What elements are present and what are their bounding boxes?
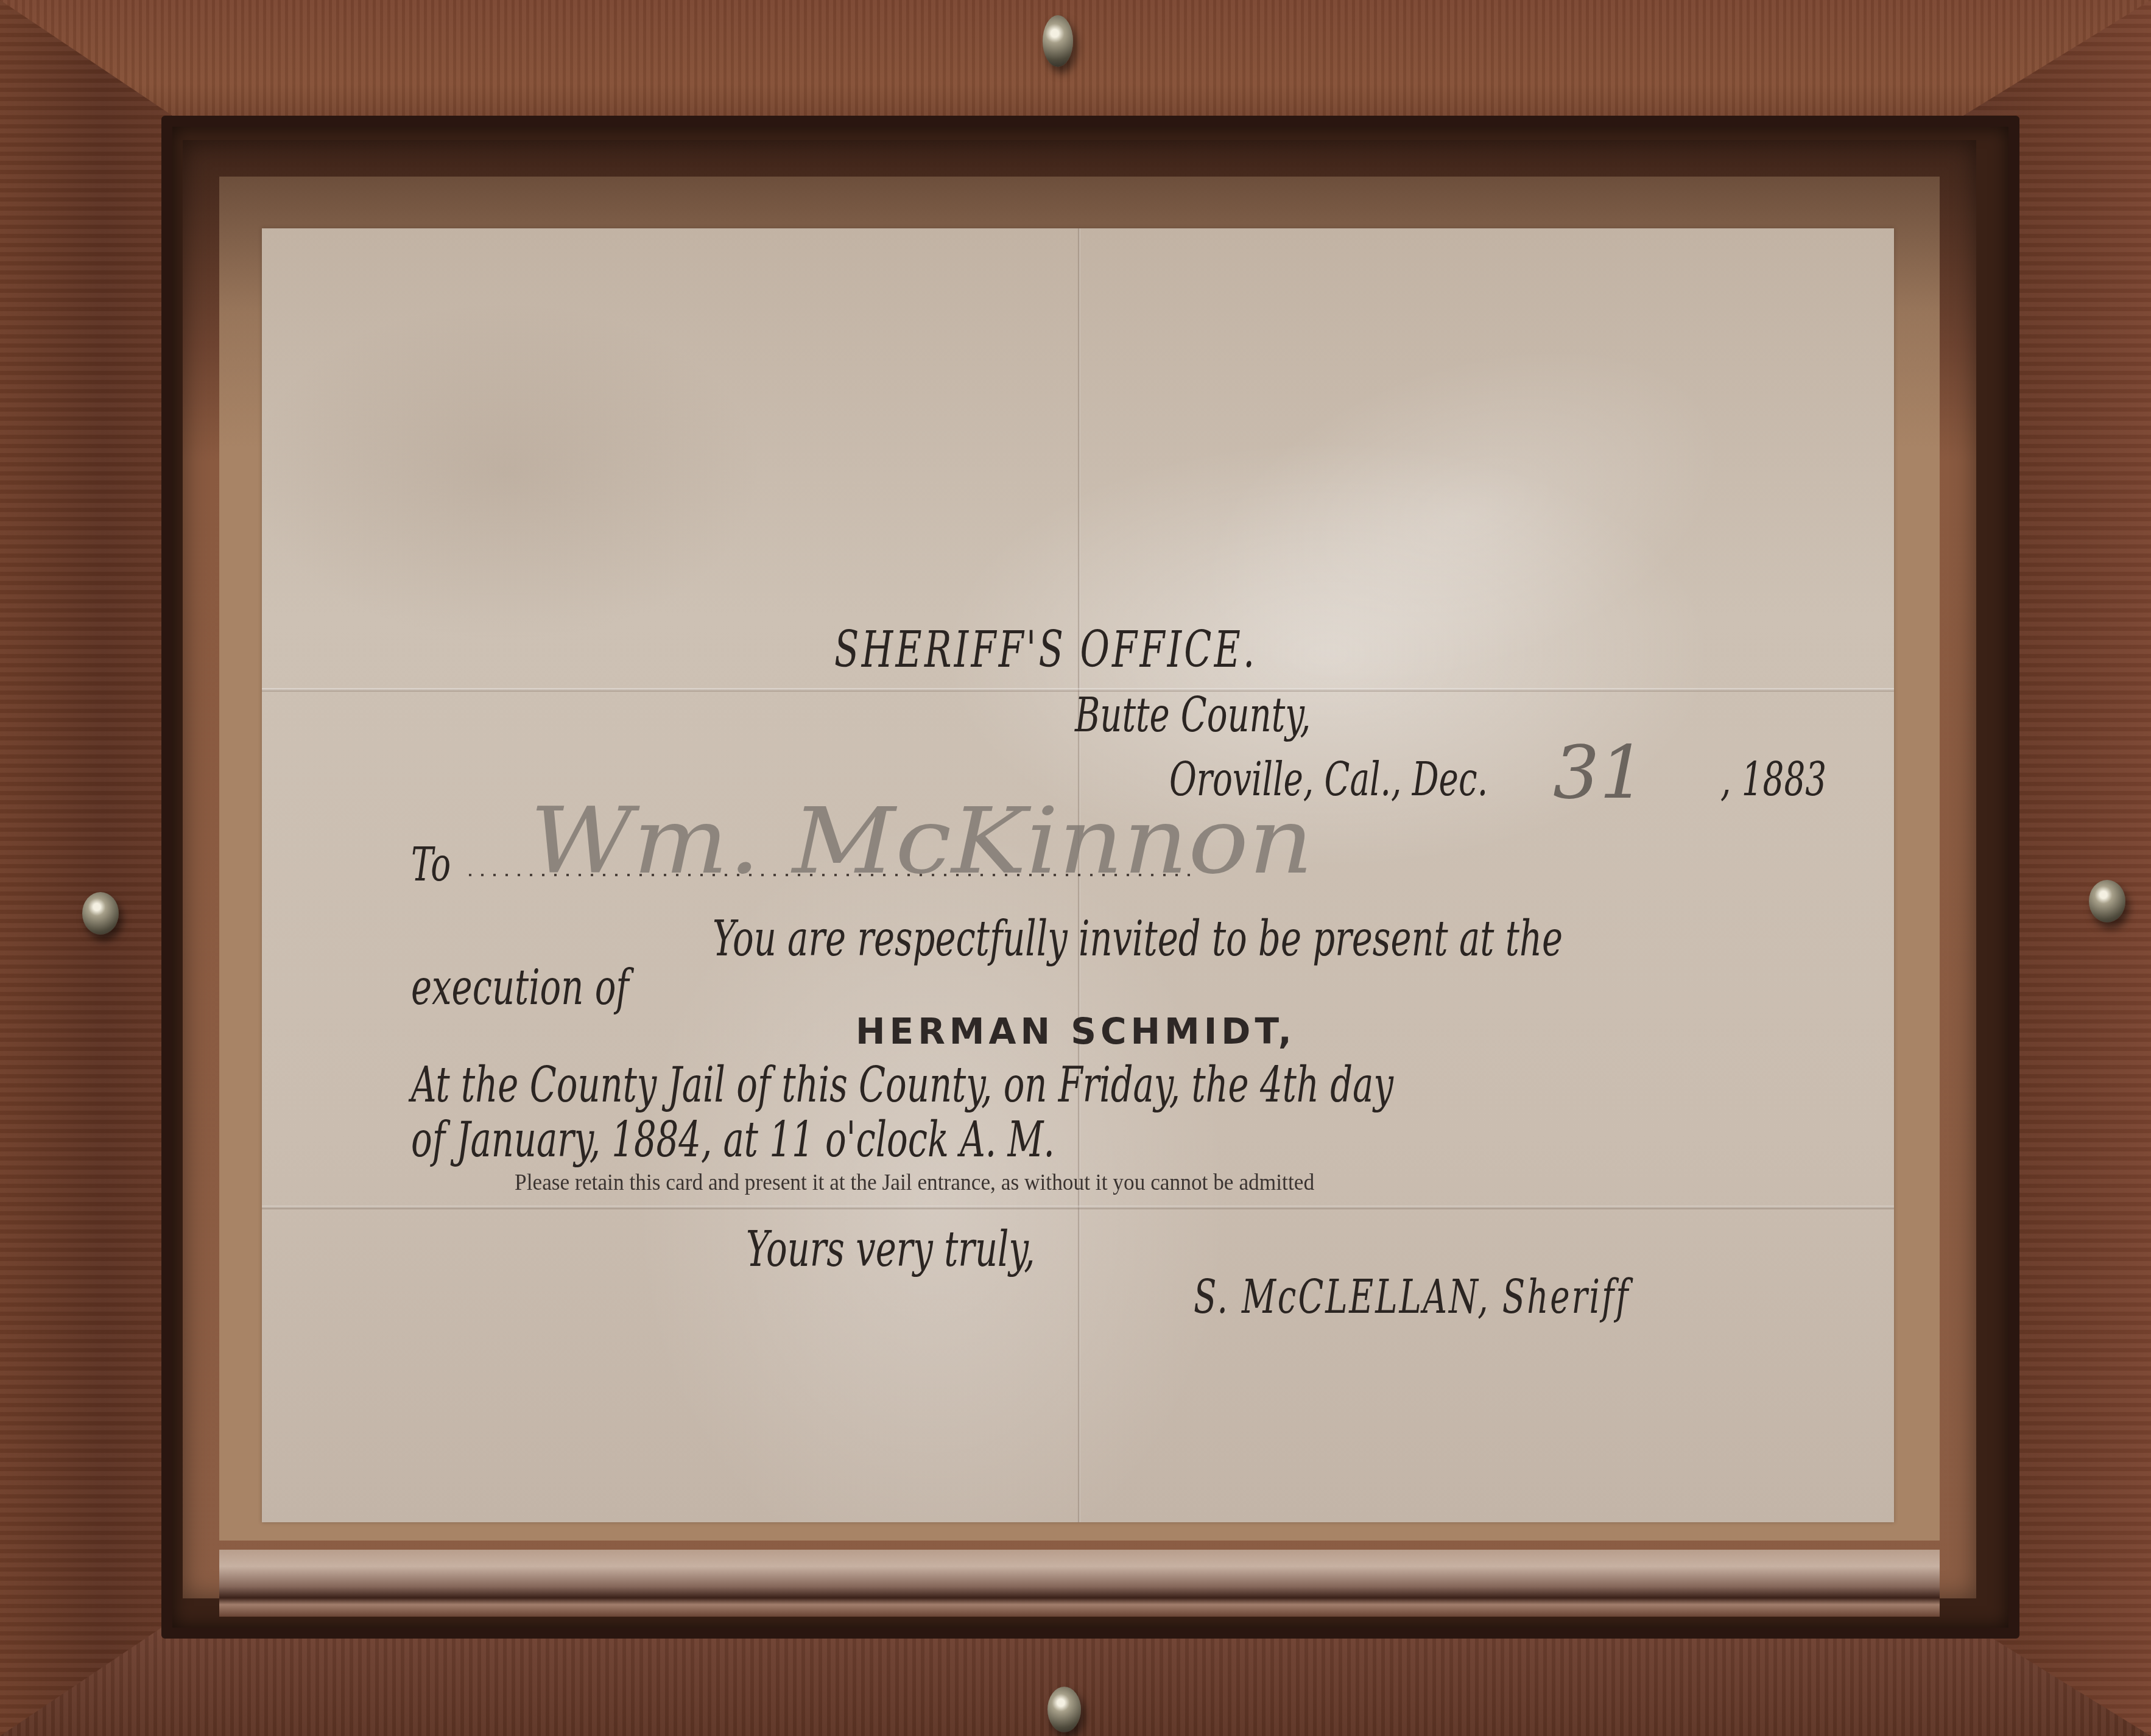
- time-line: of January, 1884, at 11 o'clock A. M.: [411, 1111, 1055, 1168]
- to-label: To: [411, 837, 451, 891]
- condemned-name: HERMAN SCHMIDT,: [856, 1011, 1296, 1052]
- fold-line-lower: [262, 1206, 1894, 1209]
- location-line: At the County Jail of this County, on Fr…: [411, 1056, 1393, 1113]
- brass-tack-right-icon: [2089, 880, 2125, 922]
- brass-tack-bottom-icon: [1047, 1687, 1081, 1732]
- execution-of-line: execution of: [411, 959, 629, 1016]
- admission-notice: Please retain this card and present it a…: [515, 1169, 1314, 1196]
- handwritten-recipient: Wm. McKinnon: [530, 789, 1313, 894]
- brass-tack-left-icon: [82, 892, 119, 935]
- brass-tack-top-icon: [1043, 15, 1073, 67]
- handwritten-day: 31: [1553, 731, 1646, 815]
- year: , 1883: [1720, 752, 1826, 806]
- frame-bottom-molding: [219, 1550, 1940, 1617]
- closing-line: Yours very truly,: [746, 1221, 1035, 1277]
- framed-document-photo: SHERIFF'S OFFICE. Butte County, Oroville…: [0, 0, 2151, 1736]
- county-line: Butte County,: [1075, 688, 1311, 743]
- sheriff-signature: S. McCLELLAN, Sheriff: [1194, 1270, 1630, 1324]
- invitation-card: SHERIFF'S OFFICE. Butte County, Oroville…: [262, 228, 1894, 1522]
- invitation-line: You are respectfully invited to be prese…: [713, 910, 1563, 967]
- office-heading: SHERIFF'S OFFICE.: [834, 621, 1257, 679]
